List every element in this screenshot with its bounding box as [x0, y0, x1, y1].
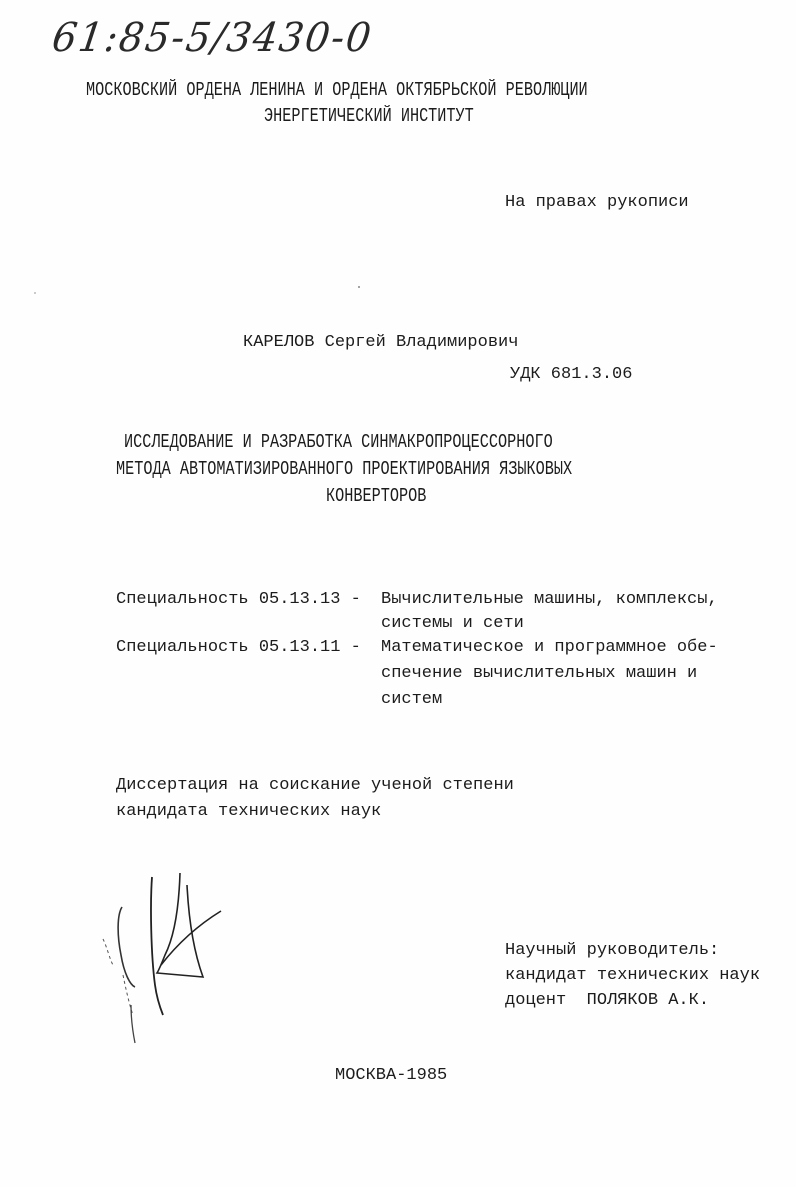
specialty-description-line: спечение вычислительных машин и [381, 664, 697, 684]
degree-line-1: Диссертация на соискание ученой степени [116, 776, 514, 796]
rights-note: На правах рукописи [505, 193, 689, 213]
institution-line-2: ЭНЕРГЕТИЧЕСКИЙ ИНСТИТУТ [264, 106, 474, 126]
specialty-description-line: систем [381, 690, 442, 710]
title-line-2: МЕТОДА АВТОМАТИЗИРОВАННОГО ПРОЕКТИРОВАНИ… [116, 459, 572, 479]
specialty-description-line: системы и сети [381, 614, 524, 634]
archive-stamp: 61:85-5/3430-0 [49, 14, 375, 62]
specialty-description-line: Математическое и программное обе- [381, 638, 718, 658]
stray-mark [34, 292, 36, 294]
author-name: КАРЕЛОВ Сергей Владимирович [243, 333, 518, 353]
degree-line-2: кандидата технических наук [116, 802, 381, 822]
title-line-1: ИССЛЕДОВАНИЕ И РАЗРАБОТКА СИНМАКРОПРОЦЕС… [124, 432, 553, 452]
document-page: 61:85-5/3430-0 МОСКОВСКИЙ ОРДЕНА ЛЕНИНА … [0, 0, 796, 1187]
specialty-label: Специальность 05.13.13 - [116, 590, 361, 610]
institution-line-1: МОСКОВСКИЙ ОРДЕНА ЛЕНИНА И ОРДЕНА ОКТЯБР… [86, 80, 588, 100]
supervisor-heading: Научный руководитель: [505, 941, 719, 961]
handwritten-signature [95, 865, 235, 1045]
specialty-label: Специальность 05.13.11 - [116, 638, 361, 658]
city-year: МОСКВА-1985 [335, 1066, 447, 1086]
supervisor-degree: кандидат технических наук [505, 966, 760, 986]
udk-code: УДК 681.3.06 [510, 365, 632, 385]
stray-mark [358, 286, 360, 288]
specialty-description-line: Вычислительные машины, комплексы, [381, 590, 718, 610]
supervisor-name: доцент ПОЛЯКОВ А.К. [505, 991, 709, 1011]
title-line-3: КОНВЕРТОРОВ [326, 486, 426, 506]
